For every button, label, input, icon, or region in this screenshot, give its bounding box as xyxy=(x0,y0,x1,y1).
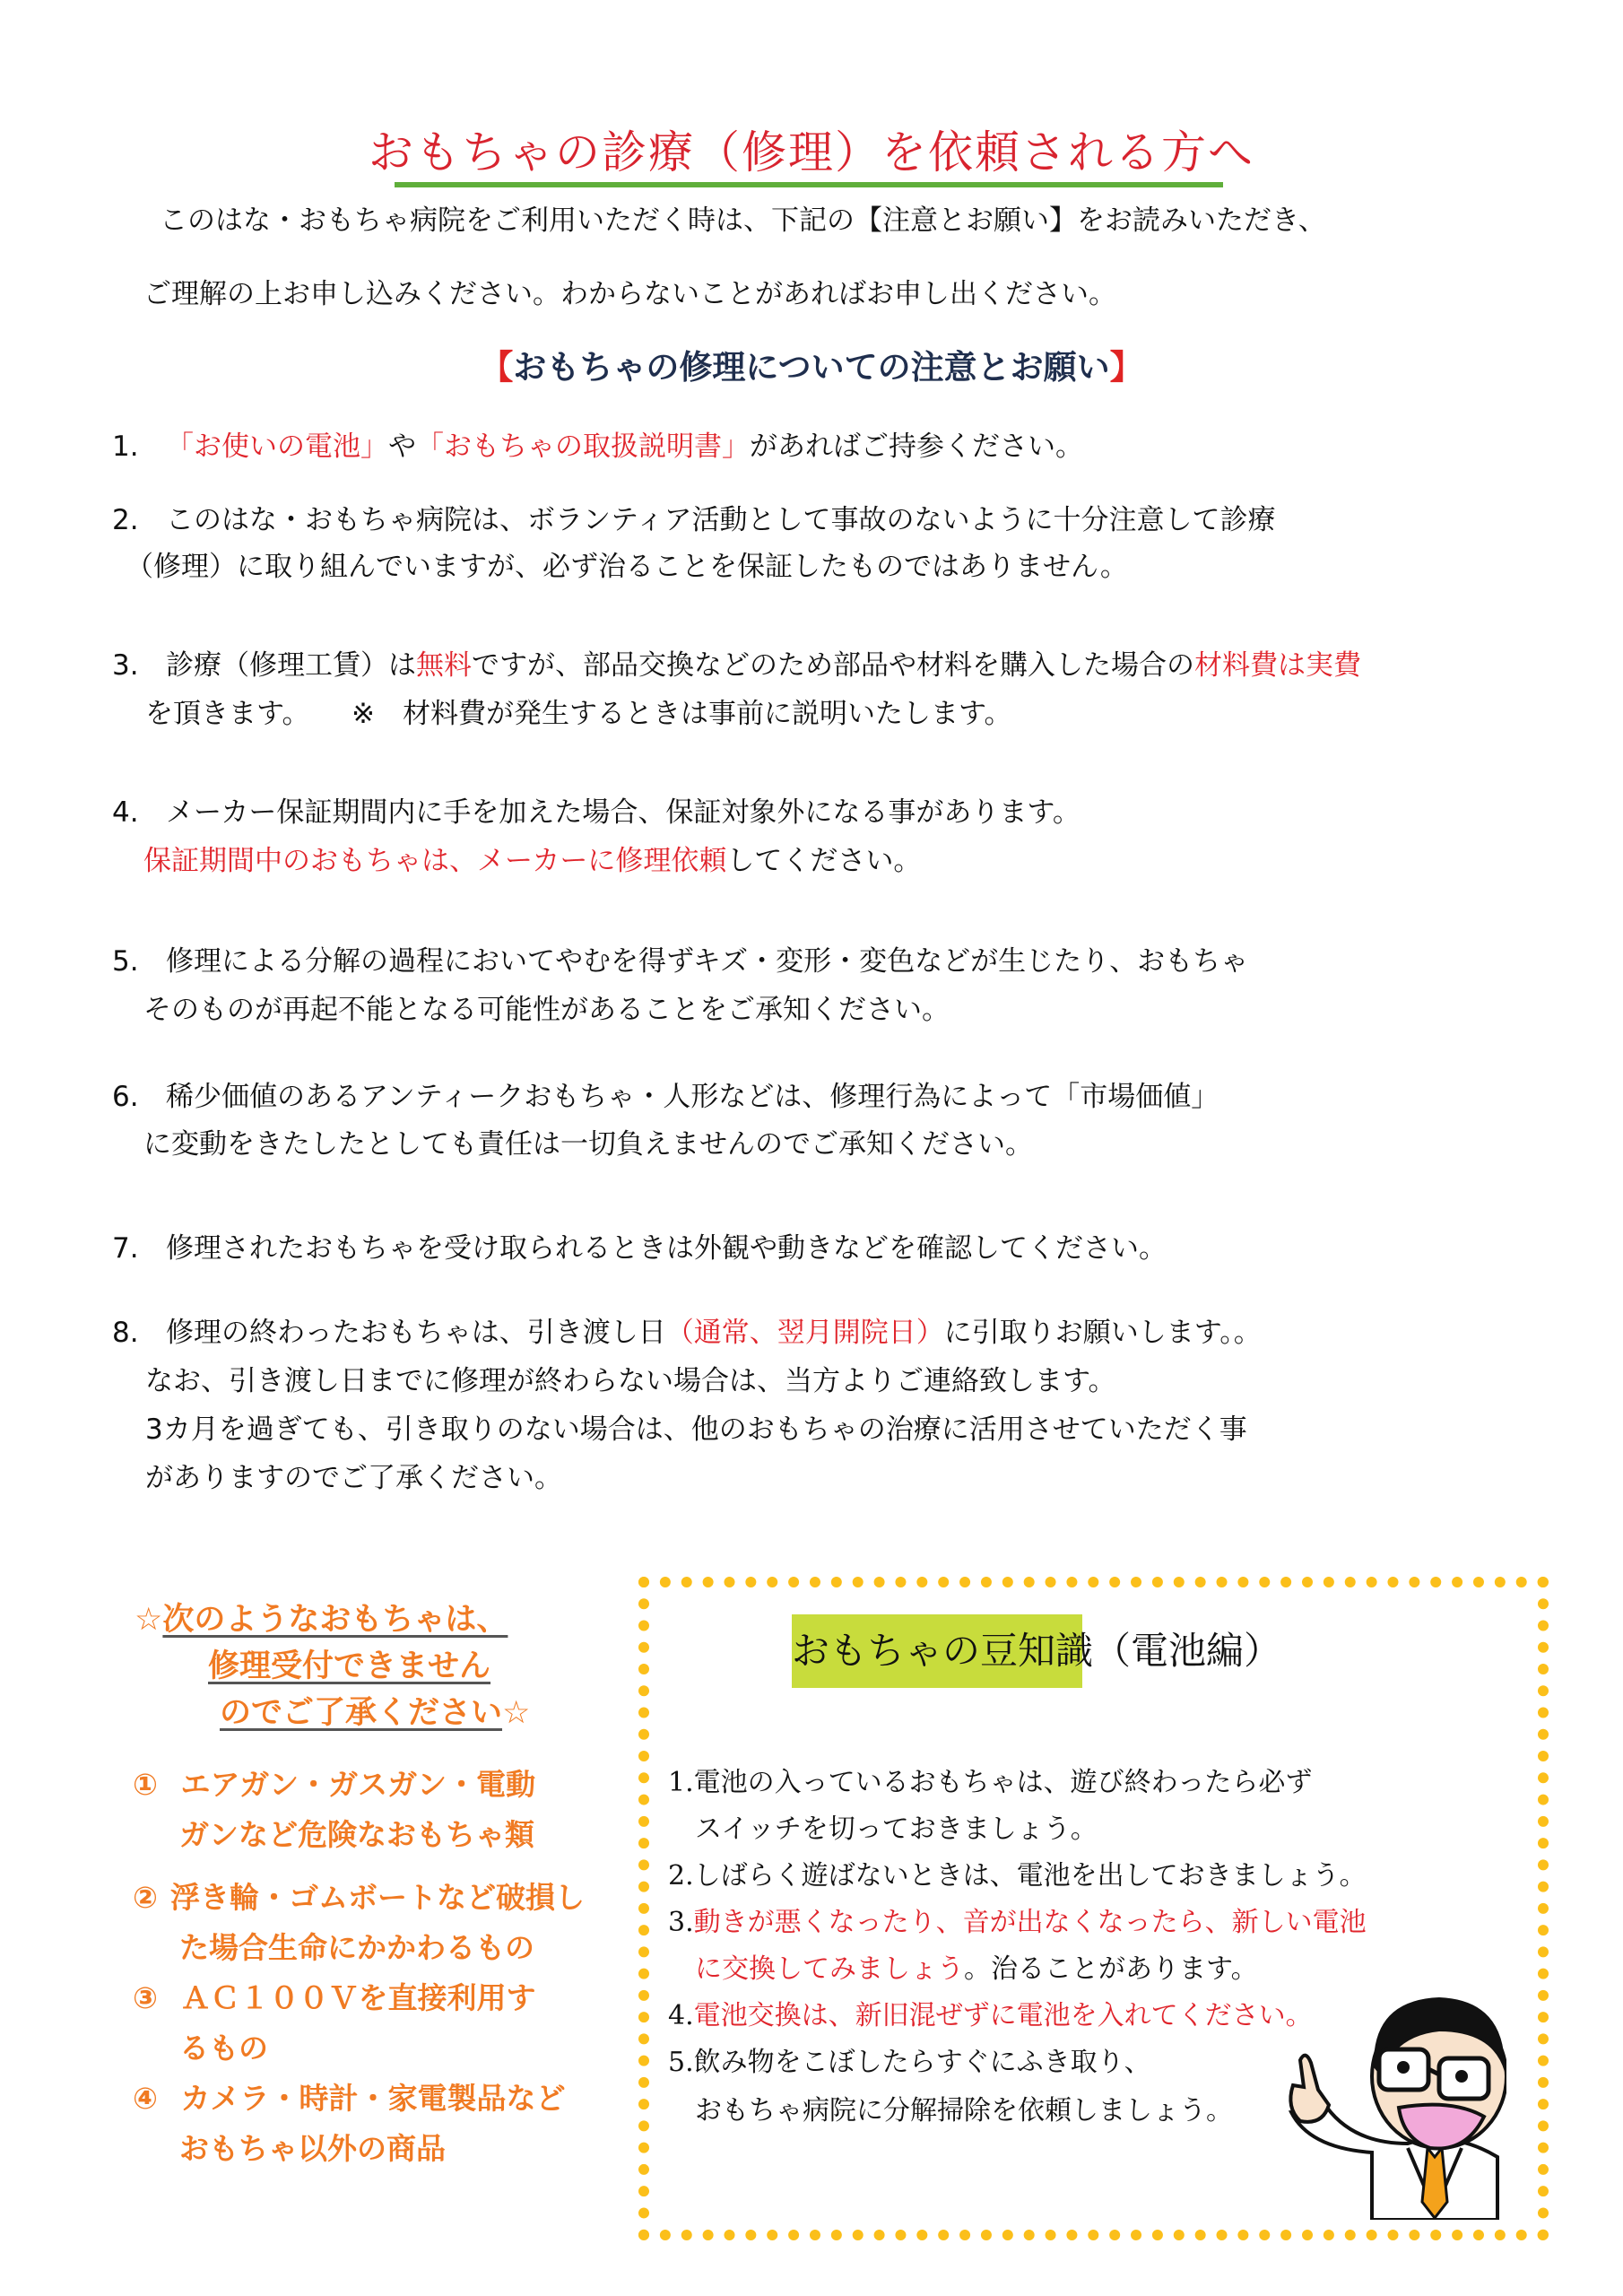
item-text-highlight: 動きが悪くなったり、音が出なくなったら、新しい電池 xyxy=(694,1907,1367,1938)
tips-title: おもちゃの豆知識（電池編） xyxy=(792,1620,1082,1683)
intro-line-2: ご理解の上お申し込みください。わからないことがあればお申し出ください。 xyxy=(143,276,1116,312)
section-heading: 【おもちゃの修理についての注意とお願い】 xyxy=(0,345,1623,390)
not-accepted-item-3: ③ ＡＣ１００Ｖを直接利用す xyxy=(133,1973,535,2023)
item-number: 1. xyxy=(668,1767,694,1798)
item-number: 2. xyxy=(668,1860,694,1892)
item-text: してください。 xyxy=(726,845,921,877)
not-accepted-item-1: ① エアガン・ガスガン・電動 xyxy=(133,1760,535,1810)
notice-item-3: 3.診療（修理工賃）は無料ですが、部品交換などのため部品や材料を購入した場合の材… xyxy=(112,648,1361,683)
notice-item-6-line-2: に変動をきたしたとしても責任は一切負えませんのでご承知ください。 xyxy=(143,1126,1033,1162)
tip-item-1: 1.電池の入っているおもちゃは、遊び終わったら必ず xyxy=(668,1765,1312,1801)
item-text-highlight: に交換してみましょう xyxy=(695,1953,964,1985)
item-number: 5. xyxy=(668,2047,694,2078)
tip-item-5: 5.飲み物をこぼしたらすぐにふき取り、 xyxy=(668,2045,1151,2081)
notice-item-5-line-2: そのものが再起不能となる可能性があることをご承知ください。 xyxy=(143,992,950,1028)
notice-item-6: 6.稀少価値のあるアンティークおもちゃ・人形などは、修理行為によって「市場価値」 xyxy=(112,1079,1219,1115)
not-accepted-item-2: ②浮き輪・ゴムボートなど破損し xyxy=(133,1873,585,1923)
not-accepted-item-2-line-2: た場合生命にかかわるもの xyxy=(179,1923,534,1973)
tip-item-3: 3.動きが悪くなったり、音が出なくなったら、新しい電池 xyxy=(668,1905,1367,1941)
tip-item-3-line-2: に交換してみましょう。治ることがあります。 xyxy=(695,1952,1258,1987)
item-text: 修理されたおもちゃを受け取られるときは外観や動きなどを確認してください。 xyxy=(166,1232,1167,1265)
item-text: 修理の終わったおもちゃは、引き渡し日 xyxy=(166,1317,666,1349)
highlight-warranty: 保証期間中のおもちゃは、メーカーに修理依頼 xyxy=(143,845,726,877)
circled-number: ④ xyxy=(133,2081,158,2116)
not-accepted-item-3-line-2: るもの xyxy=(179,2023,268,2074)
tip-item-5-line-2: おもちゃ病院に分解掃除を依頼しましょう。 xyxy=(695,2093,1233,2129)
circled-number: ③ xyxy=(133,1980,158,2015)
highlight-free: 無料 xyxy=(416,649,472,682)
notice-item-2: 2.このはな・おもちゃ病院は、ボランティア活動として事故のないように十分注意して… xyxy=(112,502,1276,538)
not-accepted-item-4: ④ カメラ・時計・家電製品など xyxy=(133,2074,565,2124)
heading-close-bracket: 】 xyxy=(1110,348,1143,387)
item-number: 8. xyxy=(112,1315,166,1351)
item-text: 修理による分解の過程においてやむを得ずキズ・変形・変色などが生じたり、おもちゃ xyxy=(166,945,1248,978)
item-text: 浮き輪・ゴムボートなど破損し xyxy=(170,1880,585,1915)
not-accepted-title: ☆次のようなおもちゃは、 修理受付できません のでご了承ください☆ xyxy=(135,1596,583,1736)
circled-number: ② xyxy=(133,1880,158,1915)
item-number: 7. xyxy=(112,1231,166,1266)
highlight-material-cost: 材料費は実費 xyxy=(1194,649,1361,682)
star-icon: ☆ xyxy=(502,1695,530,1731)
circled-number: ① xyxy=(133,1767,158,1802)
item-text: ＡＣ１００Ｖを直接利用す xyxy=(170,1980,536,2015)
not-accepted-item-1-line-2: ガンなど危険なおもちゃ類 xyxy=(179,1810,534,1860)
notice-item-4-line-2: 保証期間中のおもちゃは、メーカーに修理依頼してください。 xyxy=(143,843,921,879)
doctor-pointing-illustration xyxy=(1273,1987,1506,2220)
item-text: カメラ・時計・家電製品など xyxy=(170,2081,566,2116)
notice-item-8: 8.修理の終わったおもちゃは、引き渡し日（通常、翌月開院日）に引取りお願いします… xyxy=(112,1315,1262,1351)
item-text: に引取りお願いします。。 xyxy=(944,1317,1262,1349)
item-text-highlight: 電池交換は、新旧混ぜずに電池を入れてください。 xyxy=(694,2000,1313,2031)
notice-item-1: 1.「お使いの電池」や「おもちゃの取扱説明書」があればご持参ください。 xyxy=(112,429,1083,465)
item-number: 3. xyxy=(668,1907,694,1938)
tip-item-1-line-2: スイッチを切っておきましょう。 xyxy=(695,1812,1098,1848)
notice-item-5: 5.修理による分解の過程においてやむを得ずキズ・変形・変色などが生じたり、おもち… xyxy=(112,944,1248,979)
page-title: おもちゃの診療（修理）を依頼される方へ xyxy=(0,126,1623,179)
item-text: 。治ることがあります。 xyxy=(964,1953,1258,1985)
intro-line-1: このはな・おもちゃ病院をご利用いただく時は、下記の【注意とお願い】をお読みいただ… xyxy=(160,203,1326,239)
star-icon: ☆ xyxy=(135,1602,162,1638)
item-text: があればご持参ください。 xyxy=(750,430,1083,463)
title-line: 修理受付できません xyxy=(208,1648,490,1684)
item-text: 電池の入っているおもちゃは、遊び終わったら必ず xyxy=(694,1767,1313,1798)
notice-item-4: 4.メーカー保証期間内に手を加えた場合、保証対象外になる事があります。 xyxy=(112,795,1081,831)
notice-item-8-line-2: なお、引き渡し日までに修理が終わらない場合は、当方よりご連絡致します。 xyxy=(145,1363,1116,1399)
item-text: 稀少価値のあるアンティークおもちゃ・人形などは、修理行為によって「市場価値」 xyxy=(166,1081,1219,1113)
item-text: 飲み物をこぼしたらすぐにふき取り、 xyxy=(694,2047,1151,2078)
item-text: ですが、部品交換などのため部品や材料を購入した場合の xyxy=(472,649,1194,682)
notice-item-8-line-4: がありますのでご了承ください。 xyxy=(145,1460,562,1496)
tip-item-2: 2.しばらく遊ばないときは、電池を出しておきましょう。 xyxy=(668,1858,1367,1894)
item-text: エアガン・ガスガン・電動 xyxy=(170,1767,535,1802)
item-number: 5. xyxy=(112,944,166,979)
item-text: しばらく遊ばないときは、電池を出しておきましょう。 xyxy=(694,1860,1367,1892)
heading-open-bracket: 【 xyxy=(480,348,513,387)
highlight-battery: 「お使いの電池」 xyxy=(166,430,388,463)
item-text: メーカー保証期間内に手を加えた場合、保証対象外になる事があります。 xyxy=(166,796,1081,829)
item-text: 診療（修理工賃）は xyxy=(166,649,416,682)
item-number: 6. xyxy=(112,1079,166,1115)
title-line: のでご了承ください xyxy=(220,1695,502,1731)
heading-text: おもちゃの修理についての注意とお願い xyxy=(513,348,1109,387)
notice-item-8-line-3: 3カ月を過ぎても、引き取りのない場合は、他のおもちゃの治療に活用させていただく事 xyxy=(145,1412,1247,1448)
item-number: 2. xyxy=(112,502,166,538)
not-accepted-item-4-line-2: おもちゃ以外の商品 xyxy=(179,2124,446,2174)
item-text: このはな・おもちゃ病院は、ボランティア活動として事故のないように十分注意して診療 xyxy=(166,504,1276,536)
notice-item-3-line-2: を頂きます。 ※ 材料費が発生するときは事前に説明いたします。 xyxy=(145,696,1012,732)
item-number: 3. xyxy=(112,648,166,683)
highlight-pickup-day: （通常、翌月開院日） xyxy=(666,1317,944,1349)
title-line: 次のようなおもちゃは、 xyxy=(162,1602,508,1638)
item-number: 4. xyxy=(668,2000,694,2031)
tip-item-4: 4.電池交換は、新旧混ぜずに電池を入れてください。 xyxy=(668,1998,1313,2034)
highlight-manual: 「おもちゃの取扱説明書」 xyxy=(416,430,750,463)
item-number: 4. xyxy=(112,795,166,831)
notice-item-2-line-2: （修理）に取り組んでいますが、必ず治ることを保証したものではありません。 xyxy=(126,549,1128,585)
notice-item-7: 7.修理されたおもちゃを受け取られるときは外観や動きなどを確認してください。 xyxy=(112,1231,1167,1266)
item-text: や xyxy=(388,430,416,463)
title-underline xyxy=(395,182,1223,187)
item-number: 1. xyxy=(112,429,166,465)
